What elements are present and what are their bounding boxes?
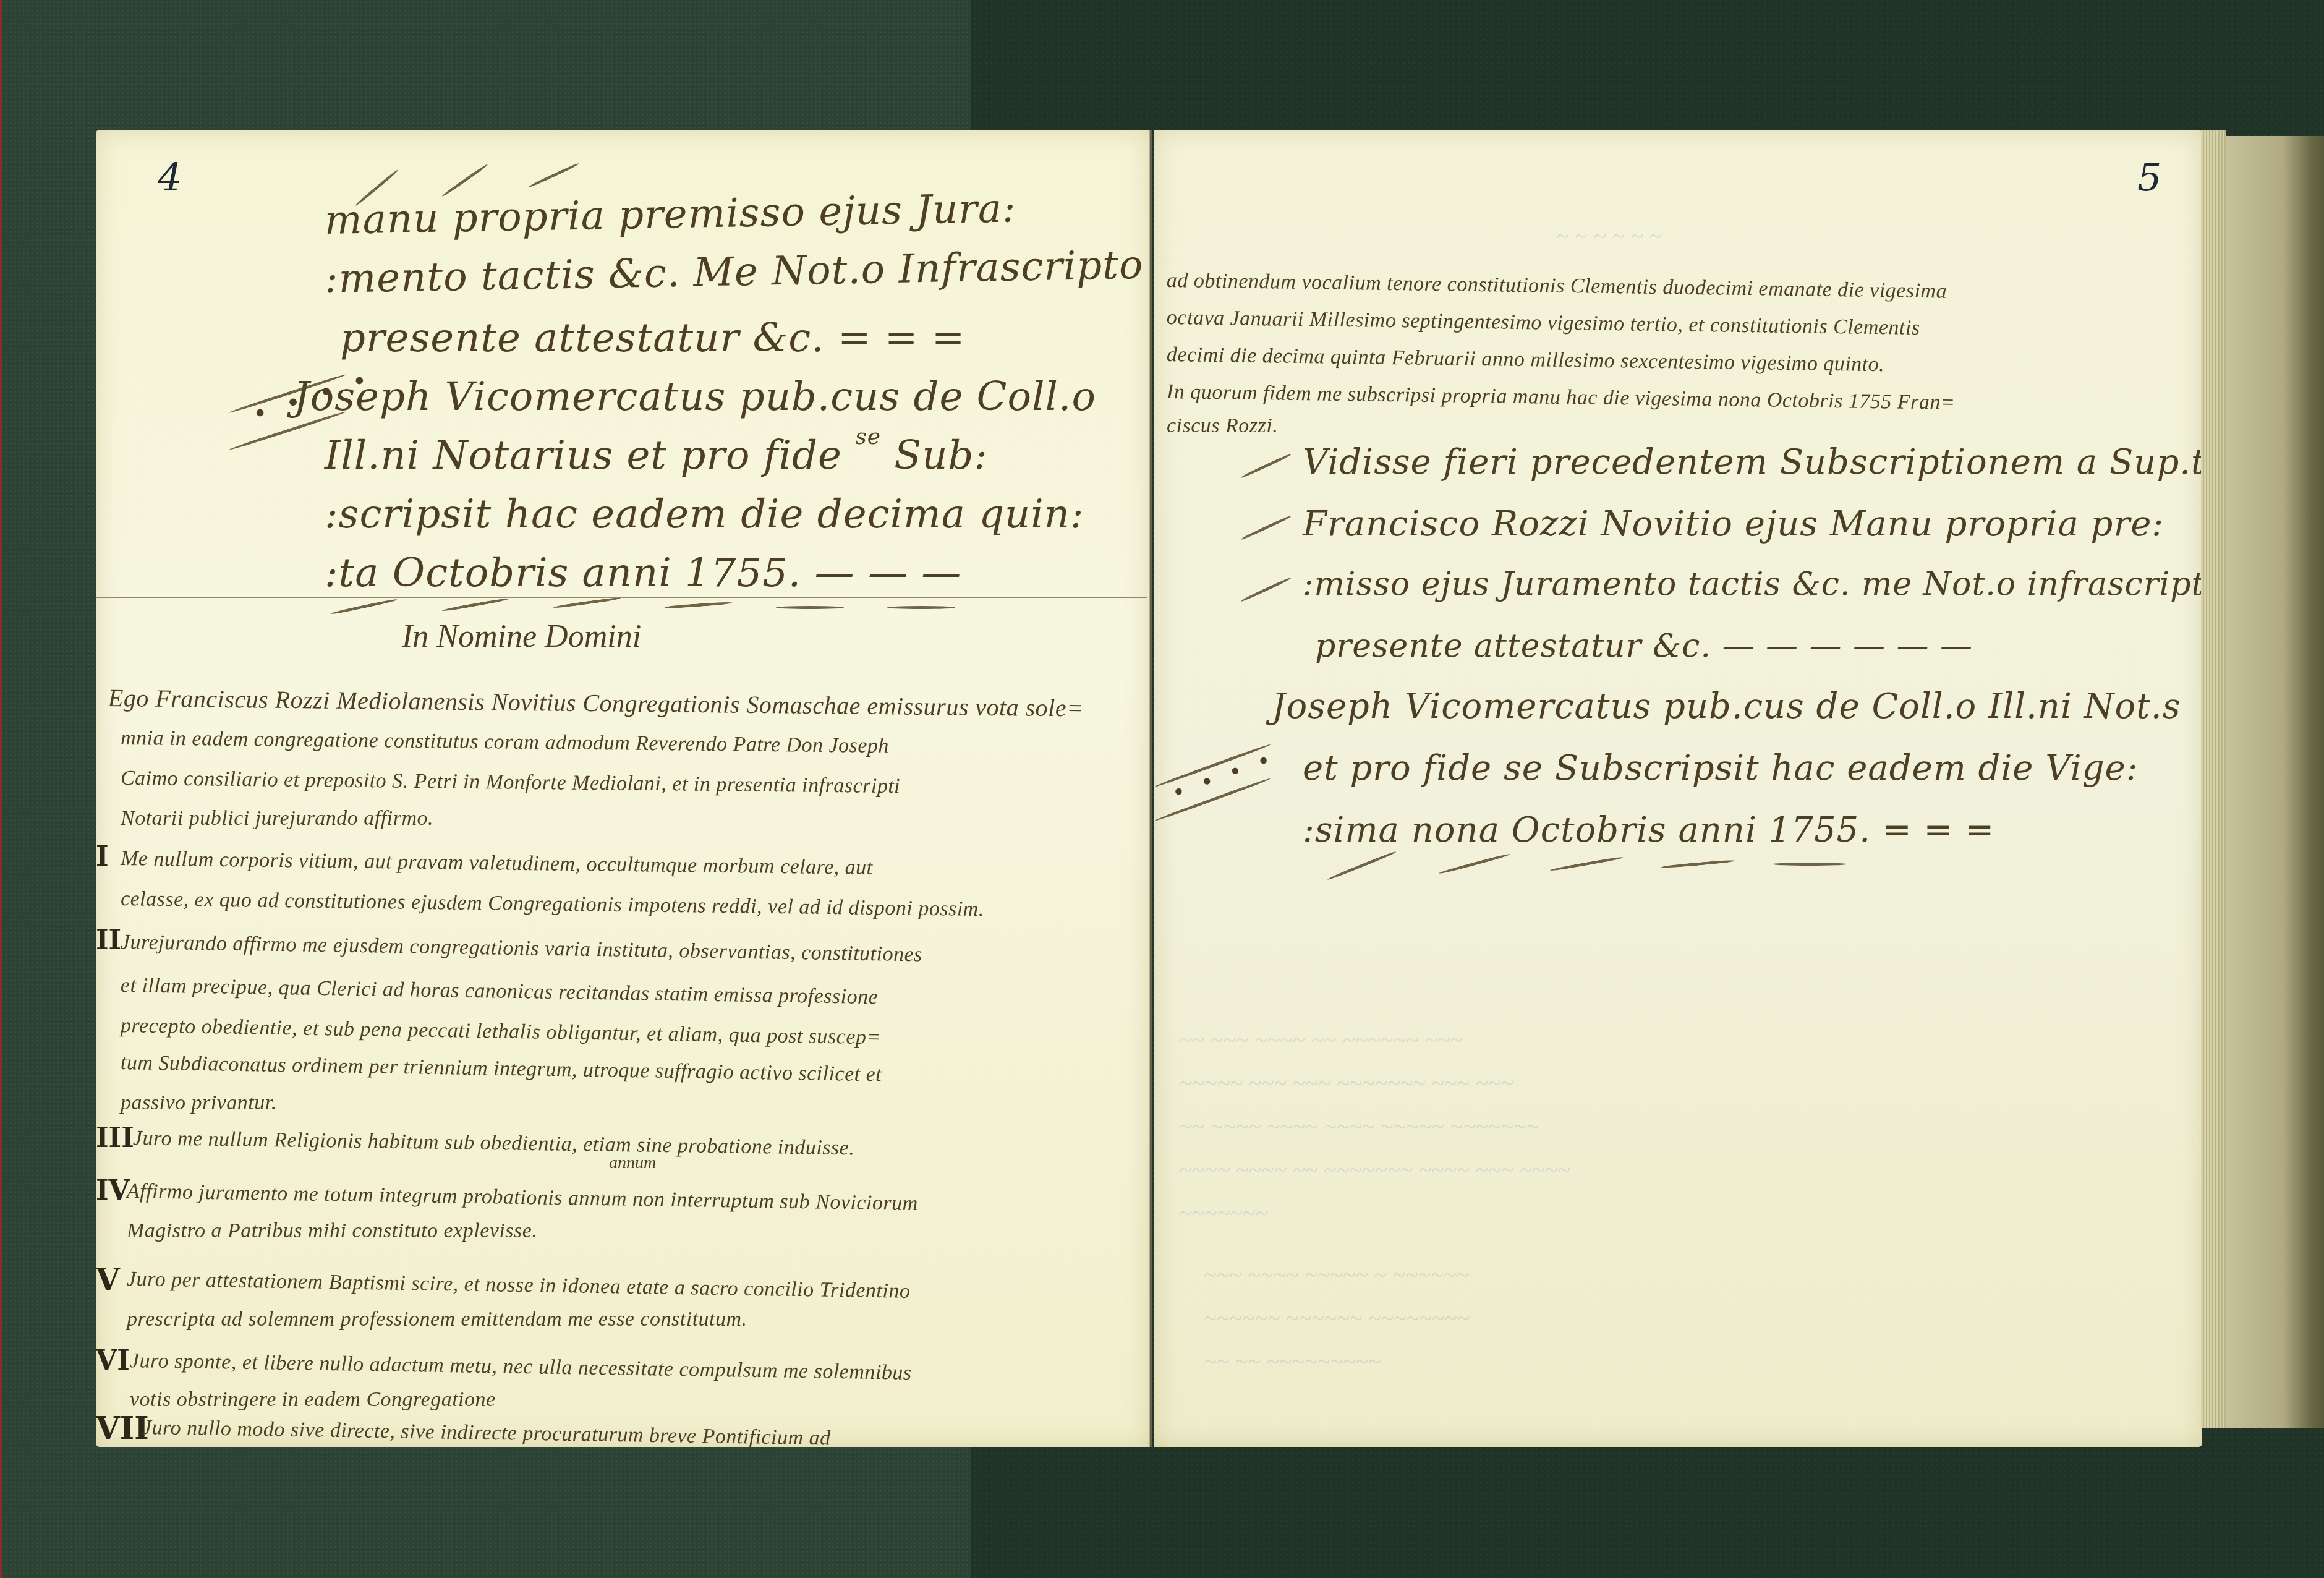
bleed-through-text: ~ ~ ~ ~ ~ ~ [1556, 223, 1662, 250]
page-number-right: 5 [2137, 155, 2161, 200]
bleed-through-text: ~~~~~~~ [1179, 1200, 1268, 1227]
article-line: et illam precipue, qua Clerici ad horas … [121, 974, 879, 1009]
left-page: 4 manu propria premisso ejus Jura: :ment… [96, 130, 1150, 1447]
invocation-heading: In Nomine Domini [402, 618, 641, 655]
attestation-line: et pro fide se Subscripsit hac eadem die… [1303, 748, 2139, 788]
attestation-line: manu propria premisso ejus Jura: [324, 186, 1016, 244]
bleed-through-text: ~~ ~~~~ ~~~~ ~~~~ ~~~~~ ~~~~~~~ [1179, 1113, 1539, 1140]
attestation-line: Ill.ni Notarius et pro fide se Sub: [325, 433, 988, 479]
bleed-through-text: ~~~~ ~~~~ ~~ ~~~~~~~ ~~~~ ~~~ ~~~~ [1179, 1156, 1570, 1183]
flourish-stroke [330, 598, 398, 615]
flourish-stroke [887, 606, 955, 609]
open-book: 4 manu propria premisso ejus Jura: :ment… [96, 130, 2210, 1453]
preamble-line: Caimo consiliario et preposito S. Petri … [121, 767, 901, 798]
article-line: Me nullum corporis vitium, aut pravam va… [121, 847, 873, 880]
interlinear-insertion: annum [609, 1153, 656, 1173]
article-line: Magistro a Patribus mihi constituto expl… [127, 1219, 537, 1243]
article-line: Juro sponte, et libere nullo adactum met… [130, 1349, 912, 1385]
attestation-line: Francisco Rozzi Novitio ejus Manu propri… [1303, 504, 2164, 544]
bleed-through-text: ~~~ ~~~~ ~~~~~ ~ ~~~~~~ [1204, 1261, 1469, 1289]
bleed-through-text: ~~ ~~~ ~~~~ ~~ ~~~~~~ ~~~ [1179, 1026, 1463, 1054]
right-page: 5 ~ ~ ~ ~ ~ ~ ad obtinendum vocalium ten… [1154, 130, 2202, 1447]
section-divider [96, 597, 1147, 598]
interlinear-correction: se [855, 424, 881, 450]
flourish-stroke [1773, 863, 1847, 866]
attestation-line: Joseph Vicomercatus pub.cus de Coll.o Il… [1272, 686, 2181, 727]
flourish-stroke [442, 597, 509, 612]
bleed-through-text: ~~~~~~ ~~~~~~ ~~~~~~~~ [1204, 1305, 1470, 1332]
attestation-text: Sub: [894, 433, 988, 479]
article-line: Juro per attestationem Baptismi scire, e… [127, 1268, 911, 1303]
article-line: Affirmo juramento me totum integrum prob… [127, 1180, 918, 1216]
preamble-line: Notarii publici jurejurando affirmo. [121, 807, 433, 830]
article-line: Jurejurando affirmo me ejusdem congregat… [121, 931, 923, 966]
preamble-line: Ego Franciscus Rozzi Mediolanensis Novit… [108, 683, 1084, 723]
flourish-stroke [441, 163, 489, 198]
flourish-stroke [553, 597, 621, 609]
attestation-text: Ill.ni Notarius et pro fide [325, 433, 842, 479]
flourish-stroke [1240, 514, 1292, 541]
article-numeral: I [96, 841, 109, 872]
scan-edge-marker [0, 0, 2, 1578]
attestation-line: :ta Octobris anni 1755. — — — [325, 550, 961, 596]
continuation-line: decimi die decima quinta Februarii anno … [1167, 343, 1885, 377]
preamble-line: mnia in eadem congregatione constitutus … [121, 727, 889, 758]
attestation-line: :mento tactis &c. Me Not.o Infrascripto [324, 242, 1144, 302]
article-numeral: II [96, 924, 121, 956]
attestation-line: presente attestatur &c. = = = [340, 315, 965, 361]
article-numeral: IV [96, 1175, 130, 1206]
attestation-line: :sima nona Octobris anni 1755. = = = [1303, 810, 1994, 850]
continuation-line: ad obtinendum vocalium tenore constituti… [1167, 269, 1947, 304]
page-block-edge [2201, 130, 2226, 1428]
flourish-stroke [665, 601, 733, 609]
article-numeral: VII [96, 1410, 149, 1446]
attestation-line: :scripsit hac eadem die decima quin: [325, 492, 1084, 537]
flourish-stroke [1661, 859, 1735, 869]
flourish-stroke [1240, 576, 1292, 603]
continuation-line: In quorum fidem me subscripsi propria ma… [1167, 380, 1956, 415]
attestation-line: Joseph Vicomercatus pub.cus de Coll.o [294, 374, 1096, 420]
binding-spine [2226, 136, 2324, 1428]
article-line: votis obstringere in eadem Congregatione [130, 1388, 496, 1412]
flourish-stroke [1438, 853, 1510, 875]
continuation-line: ciscus Rozzi. [1167, 414, 1278, 438]
continuation-line: octava Januarii Millesimo septingentesim… [1167, 306, 1920, 340]
article-line: prescripta ad solemnem professionem emit… [127, 1308, 747, 1331]
flourish-stroke [1240, 453, 1292, 479]
attestation-line: :misso ejus Juramento tactis &c. me Not.… [1303, 566, 2225, 603]
flourish-stroke [1327, 850, 1397, 881]
page-number-left: 4 [158, 155, 182, 200]
notarial-mark-dots: • • • • [1168, 746, 1279, 806]
book-gutter [1149, 130, 1152, 1447]
bleed-through-text: ~~ ~~ ~~~~~~~~~ [1204, 1348, 1381, 1375]
article-numeral: III [96, 1122, 134, 1154]
article-line: celasse, ex quo ad constitutiones ejusde… [121, 887, 984, 921]
article-line: Juro nullo modo sive directe, sive indir… [142, 1416, 831, 1450]
flourish-stroke [528, 162, 580, 189]
article-numeral: VI [96, 1345, 130, 1376]
article-line: tum Subdiaconatus ordinem per triennium … [121, 1051, 882, 1086]
attestation-line: Vidisse fieri precedentem Subscriptionem… [1303, 442, 2227, 482]
attestation-line: presente attestatur &c. — — — — — — [1315, 628, 1973, 665]
article-line: Juro me nullum Religionis habitum sub ob… [133, 1127, 855, 1160]
article-numeral: V [96, 1261, 120, 1298]
bleed-through-text: ~~~~~ ~~~ ~~~ ~~~~~~~ ~~~ ~~~ [1179, 1070, 1513, 1097]
article-line: passivo privantur. [121, 1091, 277, 1115]
flourish-stroke [1550, 856, 1624, 872]
article-line: precepto obedientie, et sub pena peccati… [121, 1014, 881, 1049]
flourish-stroke [776, 606, 844, 609]
